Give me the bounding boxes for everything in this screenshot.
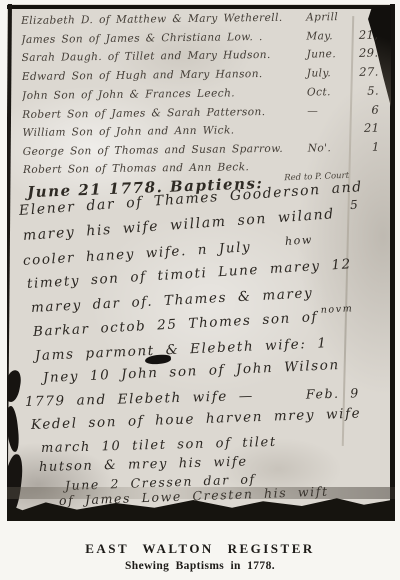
worn-edge-smear <box>7 487 395 499</box>
entry-day: 21 <box>353 120 379 138</box>
plate-caption: EAST WALTON REGISTER Shewing Baptisms in… <box>0 541 400 572</box>
entry-name: William Son of John and Ann Wick. <box>22 122 307 143</box>
entry-name: Sarah Daugh. of Tillet and Mary Hudson. <box>21 47 306 68</box>
ink-stain <box>7 406 20 453</box>
line-text: Barkar octob 25 Thomes son of <box>33 309 319 340</box>
book-page: Elizabeth D. of Matthew & Mary Wetherell… <box>0 0 400 580</box>
entry-name: Robert Son of James & Sarah Patterson. <box>22 103 307 124</box>
entry-day: 29. <box>352 45 378 63</box>
entry-day: 6 <box>353 101 379 119</box>
entry-month: June. <box>306 46 352 64</box>
entry-month: Aprill <box>306 9 352 27</box>
entry-month: Oct. <box>307 84 353 102</box>
baptism-list-neat: Elizabeth D. of Matthew & Mary Wetherell… <box>21 9 380 180</box>
entry-day: 5. <box>353 82 379 100</box>
entry-month: No'. <box>308 140 354 158</box>
caption-subtitle: Shewing Baptisms in 1778. <box>0 560 400 572</box>
entry-month: May. <box>306 28 352 46</box>
entry-month: July. <box>307 65 353 83</box>
rough-line: Kedel son of houe harven mrey wife <box>31 405 362 433</box>
entry-month: — <box>307 102 353 120</box>
register-photograph: Elizabeth D. of Matthew & Mary Wetherell… <box>7 4 395 521</box>
line-text: 1779 and Elebeth wife — <box>25 388 254 410</box>
line-note: how <box>285 233 314 248</box>
line-text: march 10 tilet son of tilet <box>41 435 277 456</box>
line-note: Feb. 9 <box>306 385 360 401</box>
entry-name: Elizabeth D. of Matthew & Mary Wetherell… <box>21 10 306 31</box>
line-text: Kedel son of houe harven mrey wife <box>31 405 362 433</box>
caption-title: EAST WALTON REGISTER <box>0 541 400 557</box>
entry-day: 21, <box>352 26 378 44</box>
entry-day: 1 <box>354 139 380 157</box>
entry-day: 27. <box>353 64 379 82</box>
entry-month <box>307 132 353 133</box>
line-note: 5 <box>350 197 360 212</box>
entry-name: James Son of James & Christiana Low. . <box>21 28 306 49</box>
entry-name: John Son of John & Frances Leech. <box>22 84 307 105</box>
line-note: novm <box>320 303 353 316</box>
rough-line: march 10 tilet son of tilet <box>41 435 277 456</box>
entry-name: Edward Son of Hugh and Mary Hanson. <box>22 66 307 87</box>
ink-stain <box>7 369 23 403</box>
